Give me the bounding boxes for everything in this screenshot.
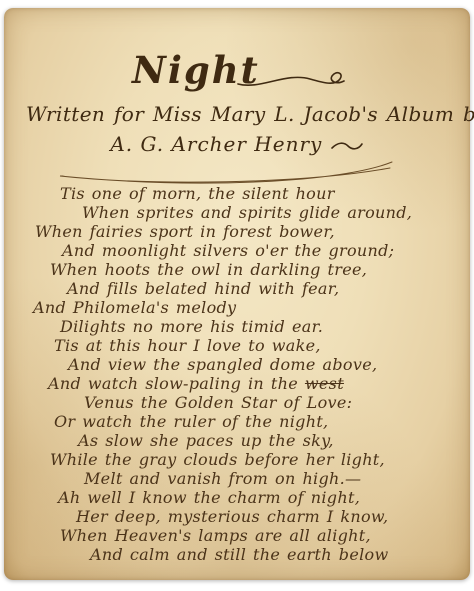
poem-line: Melt and vanish from on high.— [84,469,464,488]
poem-line: Tis at this hour I love to wake, [54,336,464,355]
poem-line: Ah well I know the charm of night, [58,488,464,507]
poem-line: As slow she paces up the sky, [78,431,464,450]
poem-line: When Heaven's lamps are all alight, [60,526,464,545]
poem-line: When hoots the owl in darkling tree, [50,260,464,279]
aged-paper-sheet: Night Written for Miss Mary L. Jacob's A… [4,8,470,580]
poem-line: And view the spangled dome above, [68,355,464,374]
poem-line: Venus the Golden Star of Love: [84,393,464,412]
poem-line: And watch slow-paling in the west [48,374,464,393]
poem-line: And calm and still the earth below [90,545,464,564]
scanned-manuscript: Night Written for Miss Mary L. Jacob's A… [0,0,474,591]
struck-word: west [305,374,344,393]
poem-line: Her deep, mysterious charm I know, [76,507,464,526]
poem-line: Or watch the ruler of the night, [54,412,464,431]
poem-line: Tis one of morn, the silent hour [60,184,464,203]
poem-line: When fairies sport in forest bower, [35,222,464,241]
poem-line: And Philomela's melody [33,298,464,317]
poem-line: While the gray clouds before her light, [50,450,464,469]
signature-tilde-icon [330,140,364,152]
poem-line: And moonlight silvers o'er the ground; [62,241,464,260]
poem-line: And fills belated hind with fear, [67,279,464,298]
dedication-line: Written for Miss Mary L. Jacob's Album b… [26,102,456,126]
author-name: A. G. Archer Henry [110,132,322,156]
poem-line: When sprites and spirits glide around, [82,203,464,222]
poem-line: Dilights no more his timid ear. [60,317,464,336]
poem-body: Tis one of morn, the silent hour When sp… [10,184,464,564]
author-signature: A. G. Archer Henry [4,132,470,156]
title-flourish-icon [236,68,348,96]
